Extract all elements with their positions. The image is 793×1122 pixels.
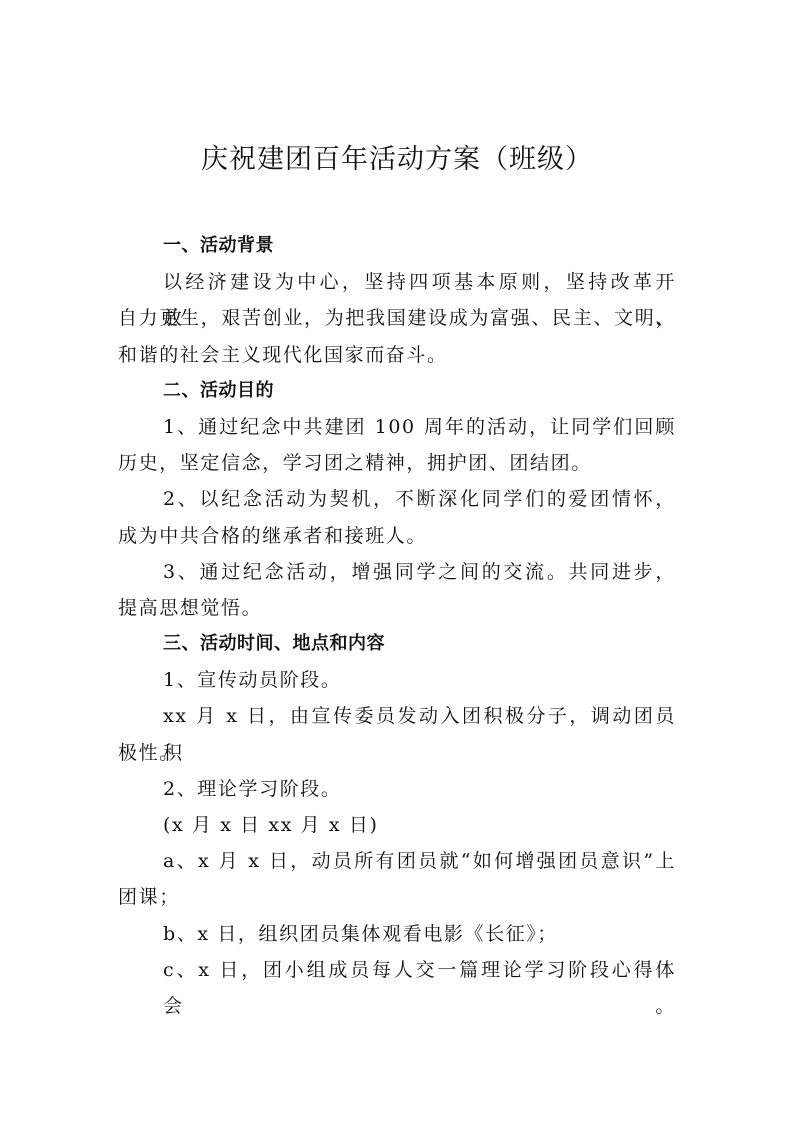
document-body: 一、活动背景 以经济建设为中心，坚持四项基本原则，坚持改革开放， 自力更生，艰苦… [118, 228, 676, 988]
paragraph-line: 成为中共合格的继承者和接班人。 [118, 518, 676, 554]
document-title: 庆祝建团百年活动方案（班级） [118, 140, 676, 180]
paragraph-line: c、x 日，团小组成员每人交一篇理论学习阶段心得体会。 [118, 952, 676, 988]
paragraph-line: (x 月 x 日 xx 月 x 日) [118, 807, 676, 843]
paragraph-line: 团课； [118, 879, 676, 915]
paragraph-line: 2、理论学习阶段。 [118, 771, 676, 807]
section-heading-background: 一、活动背景 [118, 228, 676, 264]
paragraph-line: 提高思想觉悟。 [118, 590, 676, 626]
paragraph-line: 极性。 [118, 735, 676, 771]
paragraph-line: 以经济建设为中心，坚持四项基本原则，坚持改革开放， [118, 264, 676, 300]
paragraph-line: 2、以纪念活动为契机，不断深化同学们的爱团情怀， [118, 481, 676, 517]
paragraph-line: 3、通过纪念活动，增强同学之间的交流。共同进步， [118, 554, 676, 590]
paragraph-line: a、x 月 x 日，动员所有团员就“如何增强团员意识”上 [118, 843, 676, 879]
paragraph-line: xx 月 x 日，由宣传委员发动入团积极分子，调动团员积 [118, 698, 676, 734]
paragraph-line: 1、宣传动员阶段。 [118, 662, 676, 698]
paragraph-line: 历史，坚定信念，学习团之精神，拥护团、团结团。 [118, 445, 676, 481]
section-heading-schedule: 三、活动时间、地点和内容 [118, 626, 676, 662]
paragraph-line: 和谐的社会主义现代化国家而奋斗。 [118, 337, 676, 373]
paragraph-line: 自力更生，艰苦创业，为把我国建设成为富强、民主、文明、 [118, 300, 676, 336]
paragraph-line: b、x 日，组织团员集体观看电影《长征》； [118, 916, 676, 952]
section-heading-purpose: 二、活动目的 [118, 373, 676, 409]
paragraph-line: 1、通过纪念中共建团 100 周年的活动，让同学们回顾 [118, 409, 676, 445]
